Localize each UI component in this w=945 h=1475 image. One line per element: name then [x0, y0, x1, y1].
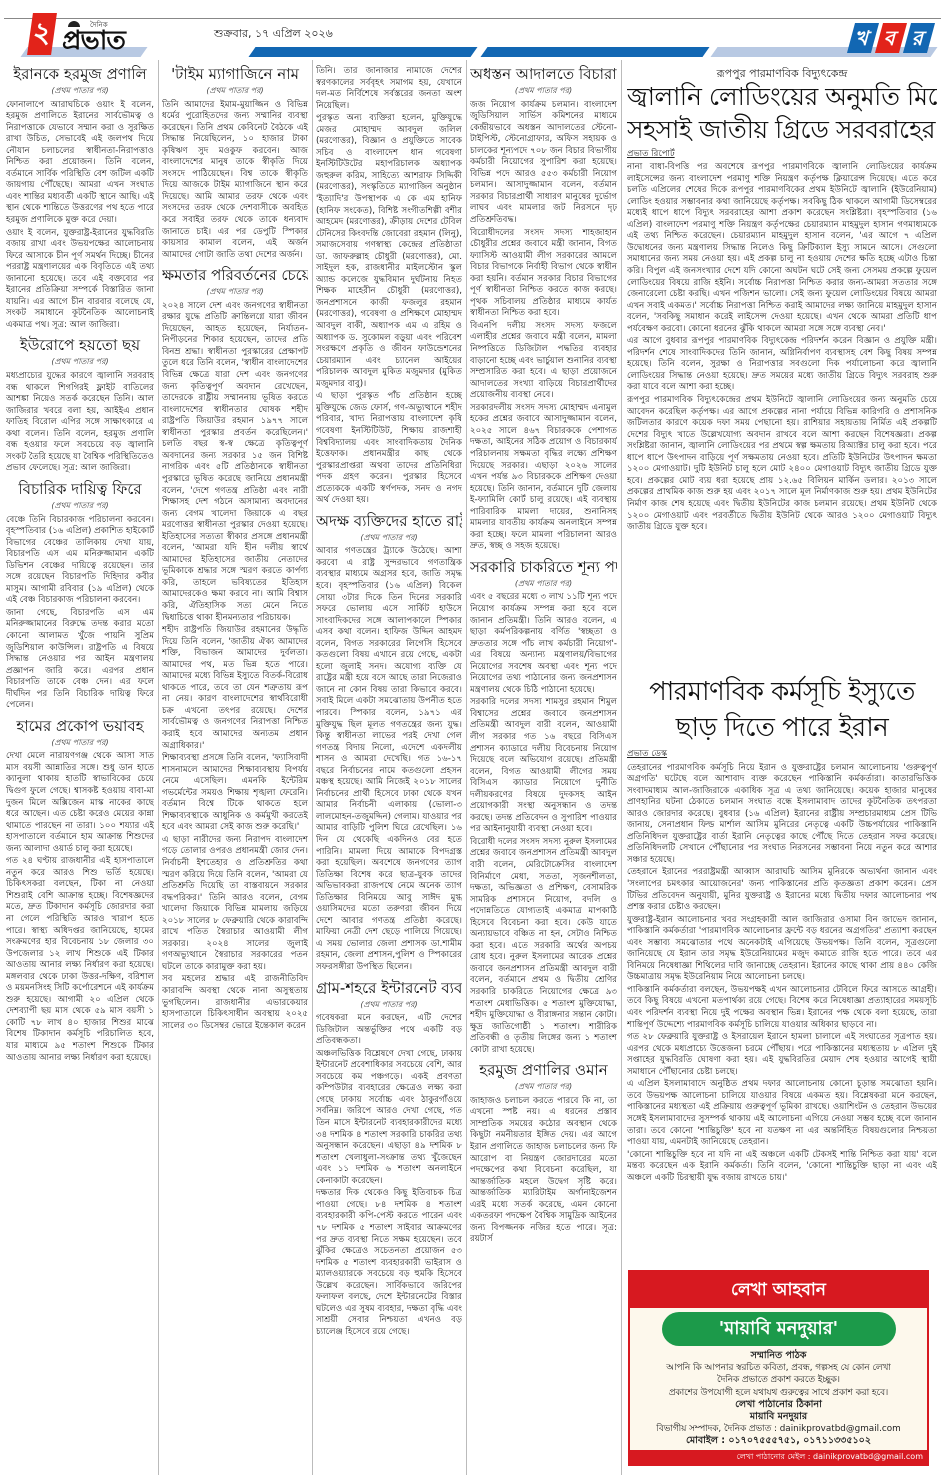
article: 'টাইম ম্যাগাজিনে নাম (প্রথম পাতার পর) তি… — [162, 64, 308, 261]
article-headline[interactable]: ক্ষমতার পরিবর্তনের চেয়ে — [162, 265, 308, 285]
article-paragraph: জানা গেছে, বিচারপতি এস এম মনিরুজ্জামানের… — [6, 608, 154, 712]
continued-label: (প্রথম পাতার পর) — [6, 356, 154, 368]
ad-line: প্রকাশের উপযোগী হলে যথাযথ গুরুত্বের সাথে… — [634, 1387, 923, 1399]
section-letter: ব — [875, 23, 907, 53]
story-headline[interactable]: পারমাণবিক কর্মসূচি ইস্যুতে — [627, 674, 937, 710]
article-paragraph: দক্ষতার দিক থেকেও কিছু ইতিবাচক চিত্র পাও… — [316, 1188, 462, 1338]
article: হরমুজ প্রণালির ওমান (প্রথম পাতার পর) জাহ… — [470, 1060, 617, 1246]
article-paragraph: তেহরানে ইরানের পররাষ্ট্রমন্ত্রী আব্বাস আ… — [627, 867, 937, 913]
article-paragraph: অঞ্চলভিত্তিক বিশ্লেষণে দেখা গেছে, ঢাকায়… — [316, 1049, 462, 1188]
continued-label: (প্রথম পাতার পর) — [162, 85, 308, 97]
article-paragraph: ফোনালাপে আরাঘচিকে ওয়াং ই বলেন, হরমুজ প্… — [6, 100, 154, 227]
ad-title: 'মায়াবি মনদুয়ার' — [662, 1312, 896, 1346]
article-headline[interactable]: ইরানকে হরমুজ প্রণালি — [6, 64, 154, 84]
article-headline[interactable]: বিচারিক দায়িত্ব ফিরে — [6, 479, 154, 499]
decor-stripe — [248, 47, 477, 57]
continued-label: (প্রথম পাতার পর) — [470, 1081, 617, 1093]
article-paragraph: বিএনপি দলীয় সংসদ সদস্য ফজলে এলাহীর প্রশ… — [470, 321, 617, 402]
article-paragraph: ওয়াং ই বলেন, যুক্তরাষ্ট্র-ইরানের যুদ্ধব… — [6, 228, 154, 332]
ad-line: আপনি কি আপনার স্বরচিত কবিতা, প্রবন্ধ, গল… — [634, 1362, 923, 1374]
article-paragraph: সব মহলের শ্রদ্ধার এই রাজনীতিবিদ কারাবন্দ… — [162, 974, 308, 1032]
column-divider — [466, 60, 467, 1475]
article-headline[interactable]: হামের প্রকোপ ভয়াবহ — [6, 716, 154, 736]
article-headline[interactable]: অধস্তন আদালতে বিচারাধীন — [470, 64, 617, 84]
article: বিচারিক দায়িত্ব ফিরে (প্রথম পাতার পর) ব… — [6, 479, 154, 712]
article-paragraph: বিরোধীদলের সংসদ সদস্য শাহজাহান চৌধুরীর প… — [470, 228, 617, 320]
continued-label: (প্রথম পাতার পর) — [6, 85, 154, 97]
article-paragraph: সরকারি দলের সদস্য শামসুর রহমান শিমুল বিশ… — [470, 697, 617, 836]
continued-label: (প্রথম পাতার পর) — [316, 532, 462, 544]
ad-editor-email[interactable]: বিভাগীয় সম্পাদক, দৈনিক প্রভাত : dainikp… — [634, 1423, 923, 1435]
article-headline[interactable]: সরকারি চাকরিতে শূন্য পদ — [470, 557, 617, 577]
lead-kicker: রূপপুর পারমাণবিক বিদ্যুৎকেন্দ্র — [627, 68, 937, 80]
ad-body: সম্মানিত পাঠক আপনি কি আপনার স্বরচিত কবিত… — [630, 1350, 927, 1448]
logo-text: প্রভাত — [62, 27, 125, 55]
article-paragraph: গত ২৮ ফেব্রুয়ারি যুক্তরাষ্ট্র ও ইসরায়ে… — [627, 1032, 937, 1078]
column-divider — [312, 60, 313, 1475]
article-paragraph: দেখা মেলে নারায়ণগঞ্জ থেকে আসা সাত মাস ব… — [6, 751, 154, 855]
article: অধস্তন আদালতে বিচারাধীন (প্রথম পাতার পর)… — [470, 64, 617, 553]
article-paragraph: শিক্ষাব্যবস্থা প্রসঙ্গে তিনি বলেন, 'ফ্যা… — [162, 753, 308, 834]
ad-line: দৈনিক প্রভাতে প্রকাশ করতে ইচ্ছুক। — [634, 1374, 923, 1386]
article-paragraph: এ ছাড়া পুরস্কৃত পাঁচ প্রতিষ্ঠান হচ্ছে ম… — [316, 391, 462, 506]
column-divider — [158, 60, 159, 1475]
continued-label: (প্রথম পাতার পর) — [470, 85, 617, 97]
continued-label: (প্রথম পাতার পর) — [6, 500, 154, 512]
article-paragraph: মধ্যপ্রাচ্যের যুদ্ধের কারণে জ্বালানি সরব… — [6, 371, 154, 475]
column-2: 'টাইম ম্যাগাজিনে নাম (প্রথম পাতার পর) তি… — [162, 60, 308, 1472]
newspaper-logo[interactable]: দৈনিক প্রভাত — [62, 21, 142, 55]
continued-label: (প্রথম পাতার পর) — [6, 737, 154, 749]
article-headline[interactable]: ইউরোপে হয়তো ছয় — [6, 335, 154, 355]
article-paragraph: তিনি। তার জানাজার নামাজে দেশের স্বরণকালে… — [316, 66, 462, 112]
article-paragraph: 'কোনো শান্তিচুক্তি হবে না যদি না এই অঞ্চ… — [627, 1150, 937, 1185]
ad-mobile[interactable]: মোবাইল : ০১৭০৭৫৫৫৭৫১, ০১৭১১৩৩৫১০২ — [634, 1435, 923, 1447]
byline: প্রভাত রিপোর্ট — [627, 149, 937, 161]
article-paragraph: এ ছাড়া নারীদের জন্য নিরাপদ বাংলাদেশ গড়… — [162, 835, 308, 974]
article-paragraph: এর আগে বুধবার রূপপুর পারমাণবিক বিদ্যুৎকে… — [627, 336, 937, 394]
ad-footer-email[interactable]: লেখা পাঠানোর মেইল : dainikprovatbd@gmail… — [630, 1450, 927, 1464]
article-paragraph: গত ২৪ ঘণ্টায় রাজধানীর এই হাসপাতালে নতুন… — [6, 856, 154, 1064]
article-paragraph: সরকারদলীয় সংসদ সদস্য মোহাম্মদ এনামুল হক… — [470, 403, 617, 553]
masthead: ২ দৈনিক প্রভাত শুক্রবার, ১৭ এপ্রিল ২০২৬ … — [4, 18, 941, 56]
column-4: অধস্তন আদালতে বিচারাধীন (প্রথম পাতার পর)… — [470, 60, 617, 1472]
call-for-writing-ad: লেখা আহবান 'মায়াবি মনদুয়ার' সম্মানিত প… — [628, 1270, 929, 1466]
article-paragraph: তেহরানের পারমাণবিক কর্মসূচি নিয়ে ইরান ও… — [627, 763, 937, 867]
article: ক্ষমতার পরিবর্তনের চেয়ে (প্রথম পাতার পর… — [162, 265, 308, 1032]
ad-banner: লেখা আহবান — [630, 1272, 927, 1308]
article-headline[interactable]: হরমুজ প্রণালির ওমান — [470, 1060, 617, 1080]
article-paragraph: বিরোধী দলের সংসদ সদস্য নুরুল ইসলামের প্র… — [470, 837, 617, 1056]
article-headline[interactable]: অদক্ষ ব্যক্তিদের হাতে রাষ্ট্র — [316, 511, 462, 531]
section-letter: র — [903, 23, 935, 53]
article-paragraph: গবেষকরা মনে করছেন, এটি দেশের ডিজিটাল অন্… — [316, 1013, 462, 1048]
article-paragraph: রূপপুর পারমাণবিক বিদ্যুৎকেন্দ্রের প্রথম … — [627, 395, 937, 534]
article-paragraph: ২০২৪ সালে দেশ এবং জনগণের স্বাধীনতা রক্ষা… — [162, 301, 308, 624]
lead-story: রূপপুর পারমাণবিক বিদ্যুৎকেন্দ্র জ্বালানি… — [627, 60, 937, 660]
column-3: তিনি। তার জানাজার নামাজে দেশের স্বরণকালে… — [316, 60, 462, 1472]
ad-address-label: লেখা পাঠানোর ঠিকানা — [634, 1399, 923, 1411]
article-headline[interactable]: 'টাইম ম্যাগাজিনে নাম — [162, 64, 308, 84]
article-paragraph: যুক্তরাষ্ট্র-ইরান আলোচনার খবর সংগ্রহকারী… — [627, 915, 937, 984]
continued-label: (প্রথম পাতার পর) — [470, 578, 617, 590]
article-paragraph: পুরস্কৃত অন্য ব্যক্তিরা হলেন, মুক্তিযুদ্… — [316, 113, 462, 390]
second-story: পারমাণবিক কর্মসূচি ইস্যুতে ছাড় দিতে পার… — [627, 674, 937, 1262]
lead-headline[interactable]: সহসাই জাতীয় গ্রিডে সরবরাহের আশা — [627, 113, 937, 146]
article: তিনি। তার জানাজার নামাজে দেশের স্বরণকালে… — [316, 66, 462, 507]
article-paragraph: শহীদ রাষ্ট্রপতি জিয়াউর রহমানের উদ্ধৃতি … — [162, 625, 308, 752]
decor-stripe — [480, 47, 709, 57]
article-paragraph: বেঞ্চে তিনি বিচারকাজ পরিচালনা করবেন। বৃহ… — [6, 515, 154, 607]
article-paragraph: জজ নিয়োগ কার্যক্রম চলমান। বাংলাদেশ জুডি… — [470, 100, 617, 227]
story-headline[interactable]: ছাড় দিতে পারে ইরান — [627, 710, 937, 746]
column-1: ইরানকে হরমুজ প্রণালি (প্রথম পাতার পর) ফো… — [6, 60, 154, 1472]
continued-label: (প্রথম পাতার পর) — [162, 286, 308, 298]
byline: প্রভাত ডেস্ক — [627, 749, 937, 761]
article-paragraph: পাকিস্তানি কর্মকর্তারা বলছেন, উভয়পক্ষই … — [627, 985, 937, 1031]
article: হামের প্রকোপ ভয়াবহ (প্রথম পাতার পর) দেখ… — [6, 716, 154, 1064]
ad-greeting: সম্মানিত পাঠক — [634, 1350, 923, 1362]
column-divider — [621, 60, 622, 1475]
article-paragraph: তিনি আমাদের ইমাম-মুয়াজ্জিন ও বিভিন্ন ধর… — [162, 100, 308, 262]
article: গ্রাম-শহরে ইন্টারনেট ব্যবহারে (প্রথম পাত… — [316, 978, 462, 1339]
article: সরকারি চাকরিতে শূন্য পদ (প্রথম পাতার পর)… — [470, 557, 617, 1056]
article-paragraph: জাহাজও চলাচল করতে পারবে কি না, তা এখনো স… — [470, 1096, 617, 1246]
lead-headline[interactable]: জ্বালানি লোডিংয়ের অনুমতি মিলেছে — [627, 80, 937, 113]
article: অদক্ষ ব্যক্তিদের হাতে রাষ্ট্র (প্রথম পাত… — [316, 511, 462, 974]
article: ইরানকে হরমুজ প্রণালি (প্রথম পাতার পর) ফো… — [6, 64, 154, 331]
article-paragraph: এ এপ্রিল ইসলামাবাদে অনুষ্ঠিত প্রথম দফার … — [627, 1079, 937, 1148]
section-name: খ ব র — [851, 23, 931, 53]
article-headline[interactable]: গ্রাম-শহরে ইন্টারনেট ব্যবহারে — [316, 978, 462, 998]
article-paragraph: এবং ৫ বছরের মধ্যে ৩ লাখ ১১টি শূন্য পদে ন… — [470, 592, 617, 696]
continued-label: (প্রথম পাতার পর) — [316, 999, 462, 1011]
issue-date: শুক্রবার, ১৭ এপ্রিল ২০২৬ — [214, 25, 333, 44]
article-paragraph: নানা বাধা-বিপত্তি পর অবশেষে রূপপুর পারমা… — [627, 162, 937, 335]
ad-section-name: মায়াবি মনদুয়ার — [634, 1411, 923, 1423]
article-paragraph: আবার গণতন্ত্রের ট্র্যাকে উঠেছে। আশা করবো… — [316, 546, 462, 973]
article: ইউরোপে হয়তো ছয় (প্রথম পাতার পর) মধ্যপ্… — [6, 335, 154, 474]
section-letter: খ — [847, 23, 879, 53]
